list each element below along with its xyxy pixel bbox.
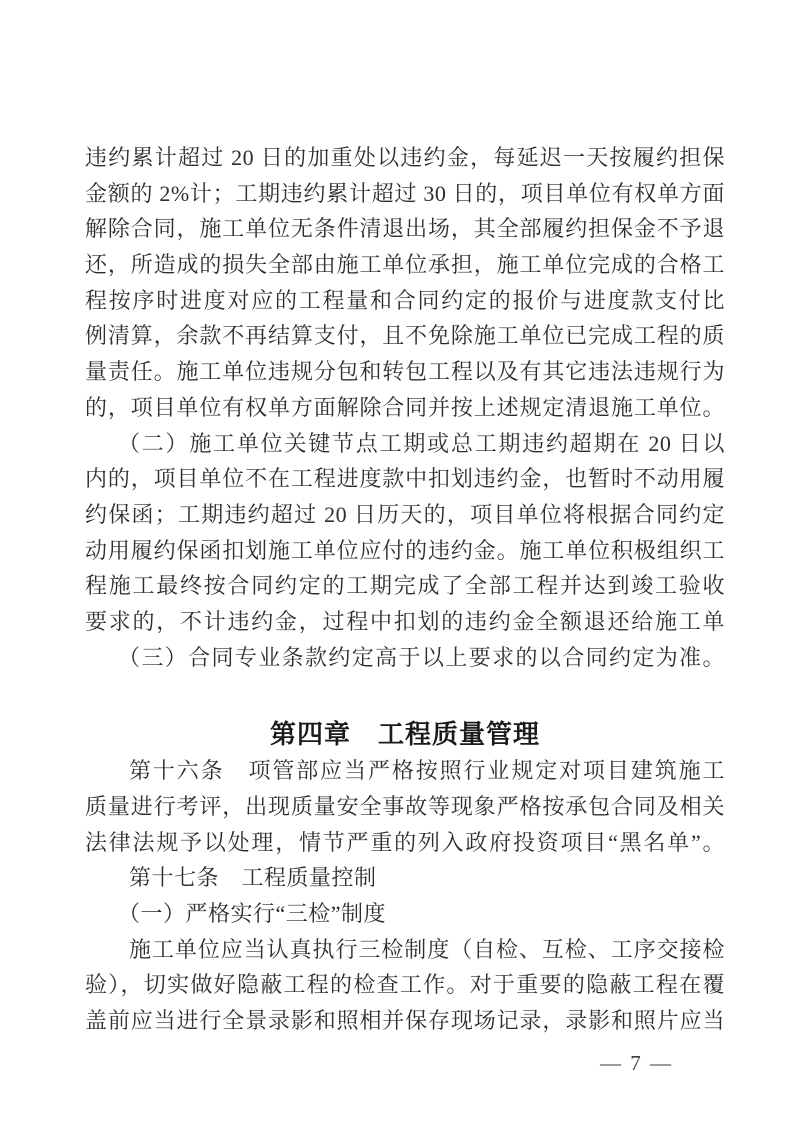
text-line: 金额的 2%计；工期违约累计超过 30 日的，项目单位有权单方面 (85, 176, 725, 212)
text-line: 违约累计超过 20 日的加重处以违约金，每延迟一天按履约担保 (85, 140, 725, 176)
text-line: 法律法规予以处理，情节严重的列入政府投资项目“黑名单”。 (85, 825, 725, 861)
text-line: 盖前应当进行全景录影和照相并保存现场记录，录影和照片应当 (85, 1003, 725, 1039)
text-line: 动用履约保函扣划施工单位应付的违约金。施工单位积极组织工 (85, 533, 725, 569)
document-body: 违约累计超过 20 日的加重处以违约金，每延迟一天按履约担保金额的 2%计；工期… (85, 140, 725, 1039)
text-line: （一）严格实行“三检”制度 (85, 896, 725, 932)
text-line: 例清算，余款不再结算支付，且不免除施工单位已完成工程的质 (85, 318, 725, 354)
chapter-heading: 第四章 工程质量管理 (85, 715, 725, 753)
text-line: 还，所造成的损失全部由施工单位承担，施工单位完成的合格工 (85, 247, 725, 283)
text-line: 程施工最终按合同约定的工期完成了全部工程并达到竣工验收 (85, 568, 725, 604)
page-number: — 7 — (600, 1048, 673, 1078)
text-line: 的，项目单位有权单方面解除合同并按上述规定清退施工单位。 (85, 390, 725, 426)
text-line: 约保函；工期违约超过 20 日历天的，项目单位将根据合同约定 (85, 497, 725, 533)
text-line: （三）合同专业条款约定高于以上要求的以合同约定为准。 (85, 640, 725, 676)
text-line: 第十七条 工程质量控制 (85, 860, 725, 896)
text-line: 第十六条 项管部应当严格按照行业规定对项目建筑施工 (85, 753, 725, 789)
text-line: 解除合同，施工单位无条件清退出场，其全部履约担保金不予退 (85, 211, 725, 247)
text-line: 质量进行考评，出现质量安全事故等现象严格按承包合同及相关 (85, 789, 725, 825)
text-line: 程按序时进度对应的工程量和合同约定的报价与进度款支付比 (85, 283, 725, 319)
text-line: （二）施工单位关键节点工期或总工期违约超期在 20 日以 (85, 426, 725, 462)
text-line: 量责任。施工单位违规分包和转包工程以及有其它违法违规行为 (85, 354, 725, 390)
document-page: 违约累计超过 20 日的加重处以违约金，每延迟一天按履约担保金额的 2%计；工期… (0, 0, 795, 1122)
text-line: 验），切实做好隐蔽工程的检查工作。对于重要的隐蔽工程在覆 (85, 967, 725, 1003)
text-line: 内的，项目单位不在工程进度款中扣划违约金，也暂时不动用履 (85, 461, 725, 497)
text-line: 施工单位应当认真执行三检制度（自检、互检、工序交接检 (85, 932, 725, 968)
text-line: 要求的，不计违约金，过程中扣划的违约金全额退还给施工单位。 (85, 604, 725, 640)
